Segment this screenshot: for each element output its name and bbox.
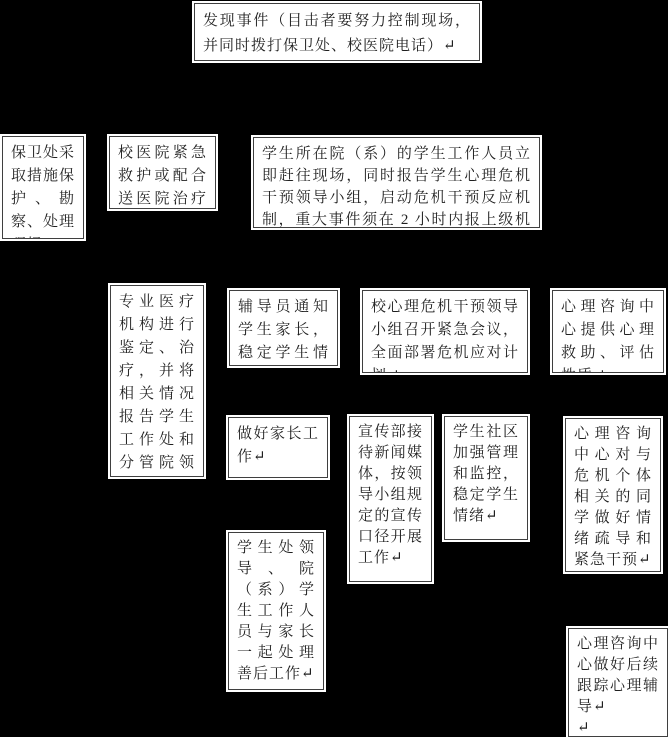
box-crisis-group-meeting: 校心理危机干预领导小组召开紧急会议，全面部署危机应对计划↵ [362,290,528,373]
box-propaganda-dept-media: 宣传部接待新闻媒体，按领导小组规定的宣传口径开展工作↵ [349,416,432,582]
box-follow-up-counseling: 心理咨询中心做好后续跟踪心理辅导↵ ↵ [568,628,668,737]
box-counseling-center-peer-intervention: 心理咨询中心对与危机个体相关的同学做好情绪疏导和紧急干预↵ [565,418,661,572]
box-parent-work: 做好家长工作↵ [228,417,328,478]
box-counseling-center-rescue: 心理咨询中心提供心理救助、评估性质↵ [552,290,664,373]
box-student-community-monitor: 学生社区加强管理和监控，稳定学生情绪↵ [444,416,528,540]
box-counselor-notify-parents: 辅导员通知学生家长，稳定学生情绪↵ [229,290,338,366]
box-security-office-action: 保卫处采取措施保护、勘察、处理现场↵ [2,136,84,239]
box-discover-event: 发现事件（目击者要努力控制现场，并同时拨打保卫处、校医院电话）↵ [194,3,480,61]
box-hospital-emergency-aid: 校医院紧急救护或配合送医院治疗↵ [109,136,216,209]
box-medical-assessment: 专业医疗机构进行鉴定、治疗，并将相关情况报告学生工作处和分管院领导↵ [110,285,204,477]
box-aftermath-handling: 学生处领导、院（系）学生工作人员与家长一起处理善后工作↵ ↵ [228,532,324,690]
flowchart-canvas: 发现事件（目击者要努力控制现场，并同时拨打保卫处、校医院电话）↵ 保卫处采取措施… [0,0,668,737]
box-department-staff-response: 学生所在院（系）的学生工作人员立即赶往现场，同时报告学生心理危机干预领导小组，启… [253,137,540,228]
